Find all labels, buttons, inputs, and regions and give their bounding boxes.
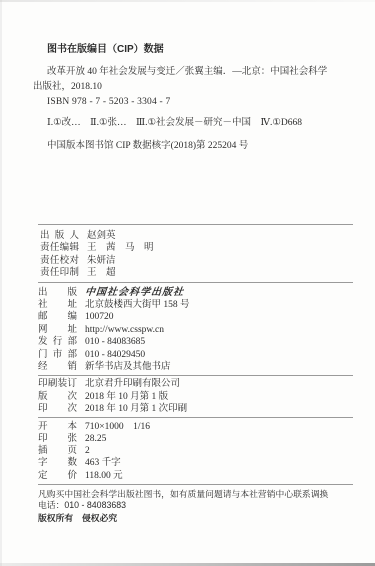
staff-row: 责任编辑 王 茜 马 明 [40,242,353,254]
field-label: 社址 [38,299,77,311]
field-label: 开本 [38,421,77,433]
staff-row: 出版人 赵剑英 [40,230,353,242]
field-value: 北京鼓楼西大街甲 158 号 [85,299,190,311]
publisher-row: 邮编 100720 [38,311,353,323]
phone-line: 电话：010 - 84083683 [38,500,353,512]
format-section: 开本 710×1000 1/16 印张 28.25 插页 2 字数 463 千字… [38,418,353,484]
scan-edge-top [0,0,375,2]
field-label: 印刷装订 [38,378,77,390]
scan-edge-left [0,0,2,566]
field-value: 王 超 [87,267,116,279]
format-row: 字数 463 千字 [38,457,353,469]
staff-row: 责任印制 王 超 [40,267,353,279]
cip-description-line1: 改革开放 40 年社会发展与变迁／张翼主编．—北京：中国社会科学 [33,65,353,80]
copyright-statement: 版权所有 侵权必究 [38,513,353,525]
cip-section: 图书在版编目（CIP）数据 改革开放 40 年社会发展与变迁／张翼主编．—北京：… [38,44,353,153]
cip-description: 改革开放 40 年社会发展与变迁／张翼主编．—北京：中国社会科学 出版社，201… [33,65,353,94]
printing-row: 印刷装订 北京君升印刷有限公司 [38,378,353,390]
field-label: 插页 [38,445,77,457]
field-label: 网址 [38,324,77,336]
field-label: 字数 [38,457,77,469]
field-label: 责任印制 [40,267,79,279]
publisher-row: 网址 http://www.csspw.cn [38,324,353,336]
cip-record-number: 中国版本图书馆 CIP 数据核字(2018)第 225204 号 [47,139,353,153]
field-label: 责任校对 [40,255,79,267]
field-value: 2018 年 10 月第 1 版 [85,391,168,403]
field-value: 28.25 [85,433,106,445]
field-value: 新华书店及其他书店 [85,361,171,373]
field-value: 北京君升印刷有限公司 [85,378,180,390]
printing-row: 印次 2018 年 10 月第 1 次印刷 [38,403,353,415]
field-label: 定价 [38,470,77,482]
cip-description-line2: 出版社，2018.10 [33,80,353,95]
format-row: 定价 118.00 元 [38,470,353,482]
printing-row: 版次 2018 年 10 月第 1 版 [38,391,353,403]
field-value: 710×1000 1/16 [85,421,150,433]
field-label: 责任编辑 [40,242,79,254]
format-row: 印张 28.25 [38,433,353,445]
quality-notice-line: 凡购买中国社会科学出版社图书，如有质量问题请与本社营销中心联系调换 [38,489,353,501]
field-value: 010 - 84083685 [85,336,145,348]
isbn-line: ISBN 978 - 7 - 5203 - 3304 - 7 [47,95,353,109]
field-label: 经销 [38,361,77,373]
field-value: 2 [85,445,90,457]
field-value: 100720 [85,311,114,323]
field-value: 王 茜 马 明 [87,242,154,254]
publisher-row: 发行部 010 - 84083685 [38,336,353,348]
field-value: 010 - 84029450 [85,349,145,361]
field-label: 出版 [38,287,77,299]
field-label: 邮编 [38,311,77,323]
notice-section: 凡购买中国社会科学出版社图书，如有质量问题请与本社营销中心联系调换 电话：010… [38,489,353,525]
field-label: 出版人 [40,230,79,242]
copyright-page: 图书在版编目（CIP）数据 改革开放 40 年社会发展与变迁／张翼主编．—北京：… [0,0,375,566]
publisher-row: 社址 北京鼓楼西大街甲 158 号 [38,299,353,311]
format-row: 插页 2 [38,445,353,457]
publisher-row: 门市部 010 - 84029450 [38,349,353,361]
field-value: 2018 年 10 月第 1 次印刷 [85,403,187,415]
field-value: 463 千字 [85,457,121,469]
field-label: 版次 [38,391,77,403]
cip-classification: Ⅰ.①改… Ⅱ.①张… Ⅲ.①社会发展－研究－中国 Ⅳ.①D668 [47,116,353,130]
field-label: 印次 [38,403,77,415]
staff-section: 出版人 赵剑英 责任编辑 王 茜 马 明 责任校对 朱妍洁 责任印制 王 超 [38,225,353,282]
field-value: 朱妍洁 [87,255,116,267]
website-url: http://www.csspw.cn [85,324,164,336]
publisher-row: 出版 中国社会科学出版社 [38,287,353,299]
field-value: 赵剑英 [87,230,116,242]
publisher-section: 出版 中国社会科学出版社 社址 北京鼓楼西大街甲 158 号 邮编 100720… [38,283,353,376]
publisher-row: 经销 新华书店及其他书店 [38,361,353,373]
field-label: 印张 [38,433,77,445]
field-label: 门市部 [38,349,77,361]
field-label: 发行部 [38,336,77,348]
staff-row: 责任校对 朱妍洁 [40,255,353,267]
printing-section: 印刷装订 北京君升印刷有限公司 版次 2018 年 10 月第 1 版 印次 2… [38,376,353,416]
publisher-logo: 中国社会科学出版社 [84,287,184,299]
format-row: 开本 710×1000 1/16 [38,421,353,433]
divider [38,484,353,485]
page-content: 图书在版编目（CIP）数据 改革开放 40 年社会发展与变迁／张翼主编．—北京：… [0,0,375,524]
cip-heading: 图书在版编目（CIP）数据 [47,44,353,56]
price-value: 118.00 元 [85,470,123,482]
